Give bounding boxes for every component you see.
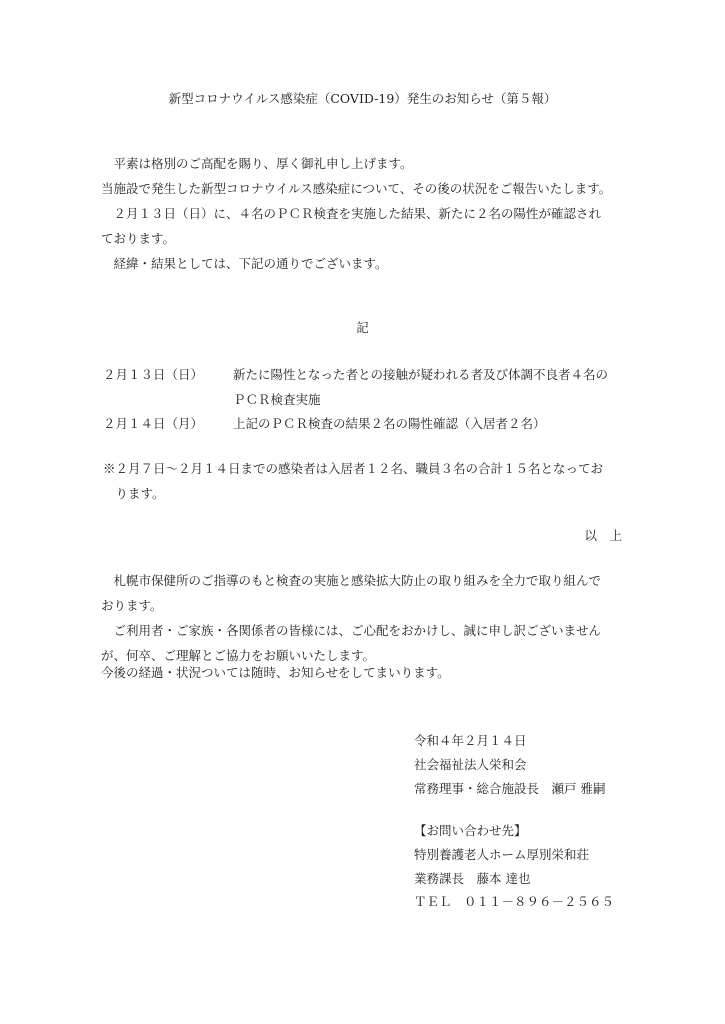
- timeline-date: ２月１３日（日）: [103, 369, 203, 382]
- body-line-3: ご利用者・ご家族・各関係者の皆様には、ご心配をおかけし、誠に申し訳ございません: [101, 625, 601, 638]
- timeline-description: ＰＣＲ検査実施: [233, 394, 321, 407]
- body-line-2: おります。: [101, 600, 163, 613]
- body-line-5: 今後の経過・状況ついては随時、お知らせをしてまいります。: [101, 667, 450, 680]
- intro-line-4: ております。: [101, 233, 175, 246]
- document-title: 新型コロナウイルス感染症（COVID-19）発生のお知らせ（第５報）: [0, 93, 725, 106]
- intro-line-5: 経緯・結果としては、下記の通りでございます。: [101, 258, 388, 271]
- signature-person: 常務理事・総合施設長 瀬戸 雅嗣: [414, 783, 605, 796]
- contact-facility: 特別養護老人ホーム厚別栄和荘: [414, 849, 589, 862]
- note-line-2: ります。: [103, 488, 165, 501]
- contact-heading: 【お問い合わせ先】: [414, 825, 527, 838]
- timeline-description: 上記のＰＣＲ検査の結果２名の陽性確認（入居者２名）: [233, 418, 546, 431]
- signature-organization: 社会福祉法人栄和会: [414, 759, 527, 772]
- body-line-1: 札幌市保健所のご指導のもと検査の実施と感染拡大防止の取り組みを全力で取り組んで: [101, 575, 601, 588]
- contact-telephone: ＴＥＬ ０１１－８９６－２５６５: [414, 896, 614, 909]
- note-line-1: ※２月７日～２月１４日までの感染者は入居者１２名、職員３名の合計１５名となってお: [103, 463, 603, 476]
- closing-mark: 以 上: [584, 530, 622, 543]
- ki-heading: 記: [0, 322, 725, 335]
- intro-line-1: 平素は格別のご高配を賜り、厚く御礼申し上げます。: [101, 158, 413, 171]
- intro-line-3: ２月１３日（日）に、４名のＰＣＲ検査を実施した結果、新たに２名の陽性が確認され: [101, 208, 601, 221]
- intro-line-2: 当施設で発生した新型コロナウイルス感染症について、その後の状況をご報告いたします…: [101, 183, 611, 196]
- timeline-description: 新たに陽性となった者との接触が疑われる者及び体調不良者４名の: [233, 369, 608, 382]
- body-line-4: が、何卒、ご理解とご協力をお願いいたします。: [101, 650, 375, 663]
- signature-date: 令和４年２月１４日: [414, 735, 527, 748]
- contact-person: 業務課長 藤本 達也: [414, 873, 530, 886]
- timeline-date: ２月１４日（月）: [103, 418, 203, 431]
